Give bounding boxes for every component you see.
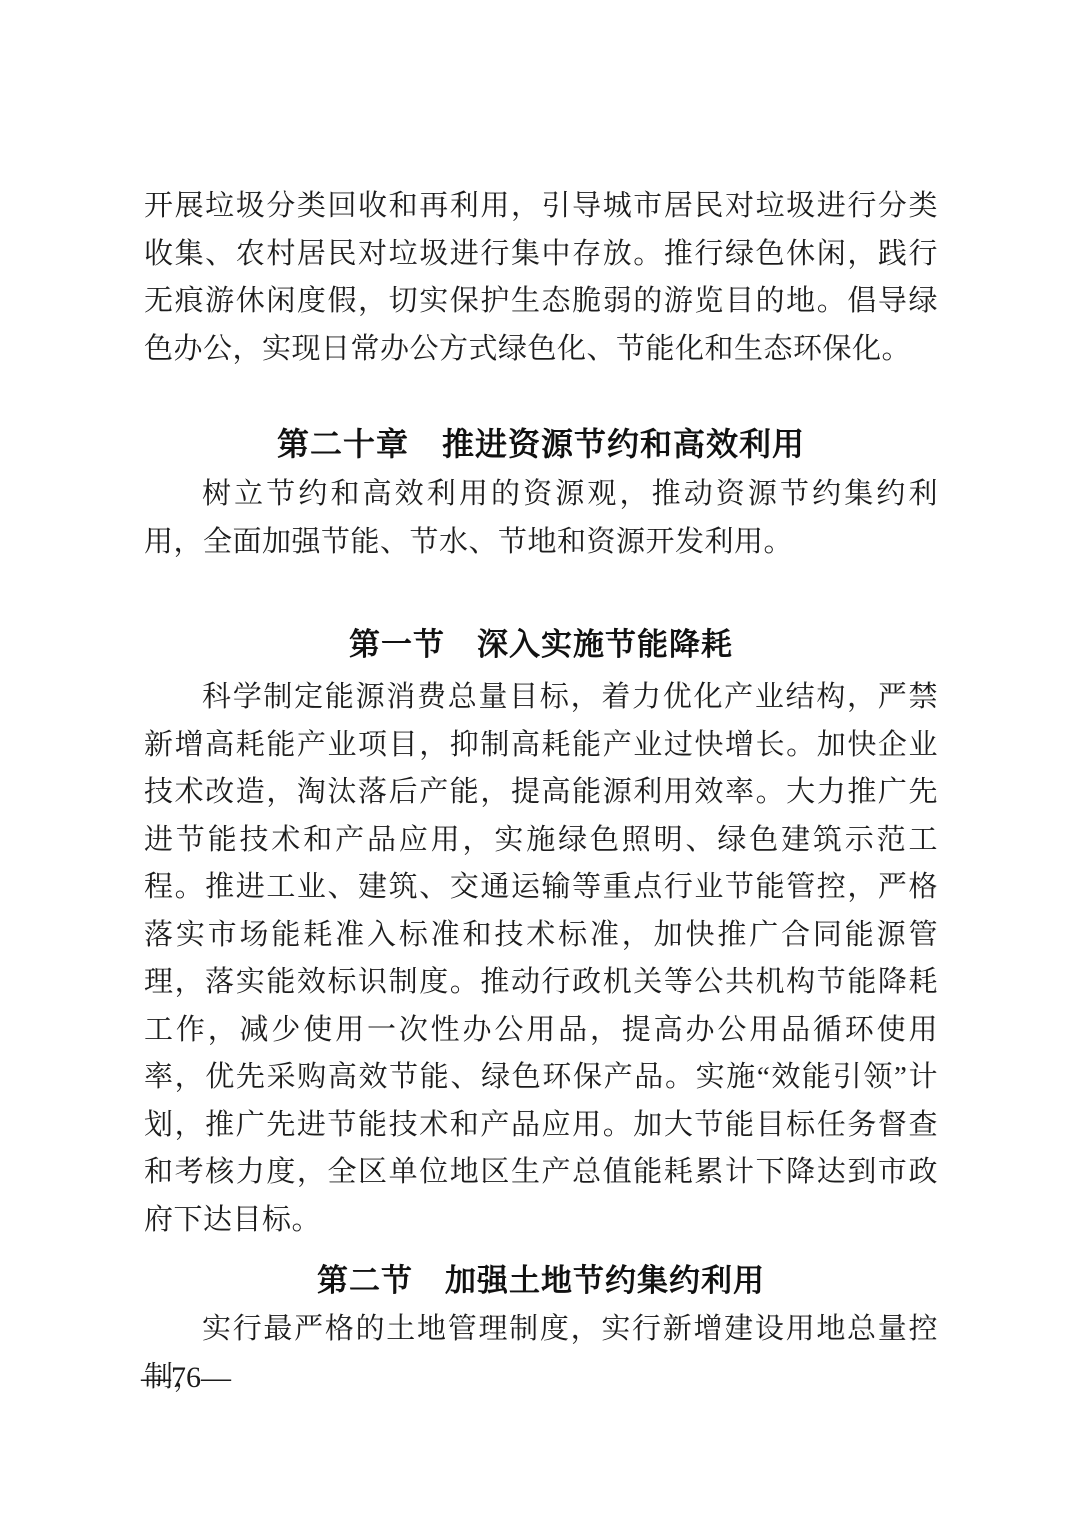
page-number: —76—: [141, 1358, 231, 1398]
section-1-body-paragraph: 科学制定能源消费总量目标，着力优化产业结构，严禁新增高耗能产业项目，抑制高耗能产…: [144, 674, 938, 1244]
chapter-intro-paragraph: 树立节约和高效利用的资源观，推动资源节约集约利用，全面加强节能、节水、节地和资源…: [144, 471, 938, 566]
section-2-heading: 第二节 加强土地节约集约利用: [144, 1261, 938, 1301]
section-1-heading: 第一节 深入实施节能降耗: [144, 625, 938, 665]
section-2-body-paragraph: 实行最严格的土地管理制度，实行新增建设用地总量控制，: [144, 1306, 938, 1401]
chapter-heading: 第二十章 推进资源节约和高效利用: [144, 423, 938, 465]
continuation-paragraph: 开展垃圾分类回收和再利用，引导城市居民对垃圾进行分类收集、农村居民对垃圾进行集中…: [144, 183, 938, 373]
document-page: 开展垃圾分类回收和再利用，引导城市居民对垃圾进行分类收集、农村居民对垃圾进行集中…: [0, 0, 1074, 1520]
